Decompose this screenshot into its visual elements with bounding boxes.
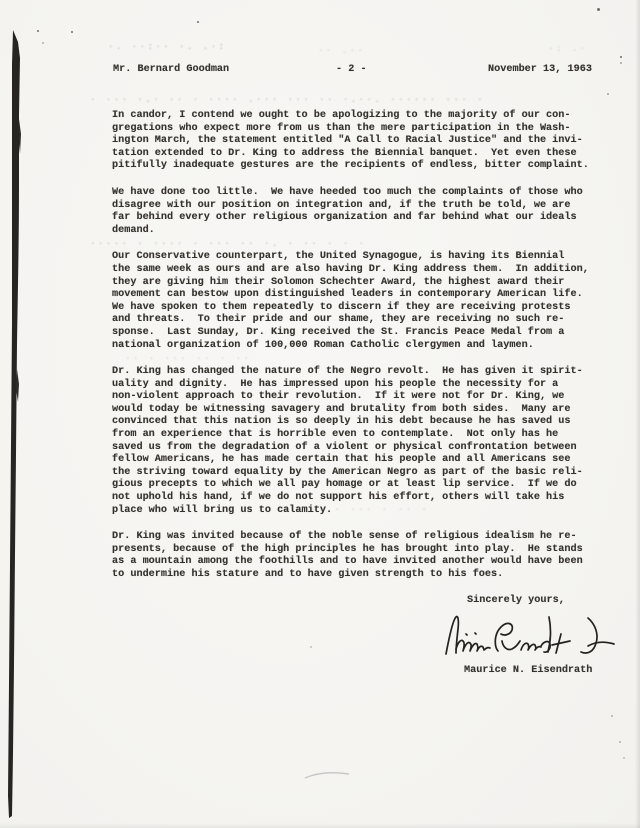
scan-speck [42,42,44,44]
scan-speck [611,715,613,717]
paragraph-3: Our Conservative counterpart, the United… [112,251,614,352]
pencil-mark-artifact [303,768,353,782]
scan-edge-shadow-bottom [0,823,640,828]
scan-edge-shadow-right [635,0,640,828]
closing-block: Sincerely yours, Maurice N. Eisendrath [464,595,614,678]
scan-speck [620,62,622,64]
paragraph-4: Dr. King has changed the nature of the N… [112,366,614,517]
recipient-name: Mr. Bernard Goodman [113,64,229,77]
paragraph-2: We have done too little. We have heeded … [112,187,614,237]
scan-speck [607,93,609,95]
signer-name: Maurice N. Eisendrath [464,665,614,678]
scan-speck [623,757,625,759]
letter-date: November 13, 1963 [488,64,592,77]
scan-speck [620,56,622,58]
bleed-through-text: ·. ··:·· ·. .·: [108,42,227,52]
bleed-through-text: ·: .· [548,44,588,54]
letter-header: Mr. Bernard Goodman - 2 - November 13, 1… [112,64,614,77]
page-number: - 2 - [336,64,367,77]
scanned-letter-page: ·. ··:·· ·. .·: ·· .·· ·: .· · ··· ·.· ·… [0,0,640,828]
bleed-through-text: ·· .·· [318,46,365,56]
letter-paragraphs: In candor, I contend we ought to be apol… [112,110,614,582]
valediction: Sincerely yours, [464,595,614,608]
scan-speck [310,646,312,648]
scan-speck [197,21,199,23]
paragraph-5: Dr. King was invited because of the nobl… [112,531,614,581]
scan-speck [37,30,39,32]
scan-speck [619,741,621,743]
scan-speck [597,8,600,11]
paragraph-1: In candor, I contend we ought to be apol… [112,110,614,173]
scan-speck [71,31,73,33]
letter-body: Mr. Bernard Goodman - 2 - November 13, 1… [112,64,614,678]
signature-handwriting [442,614,620,662]
binding-shadow-artifact [0,24,30,824]
